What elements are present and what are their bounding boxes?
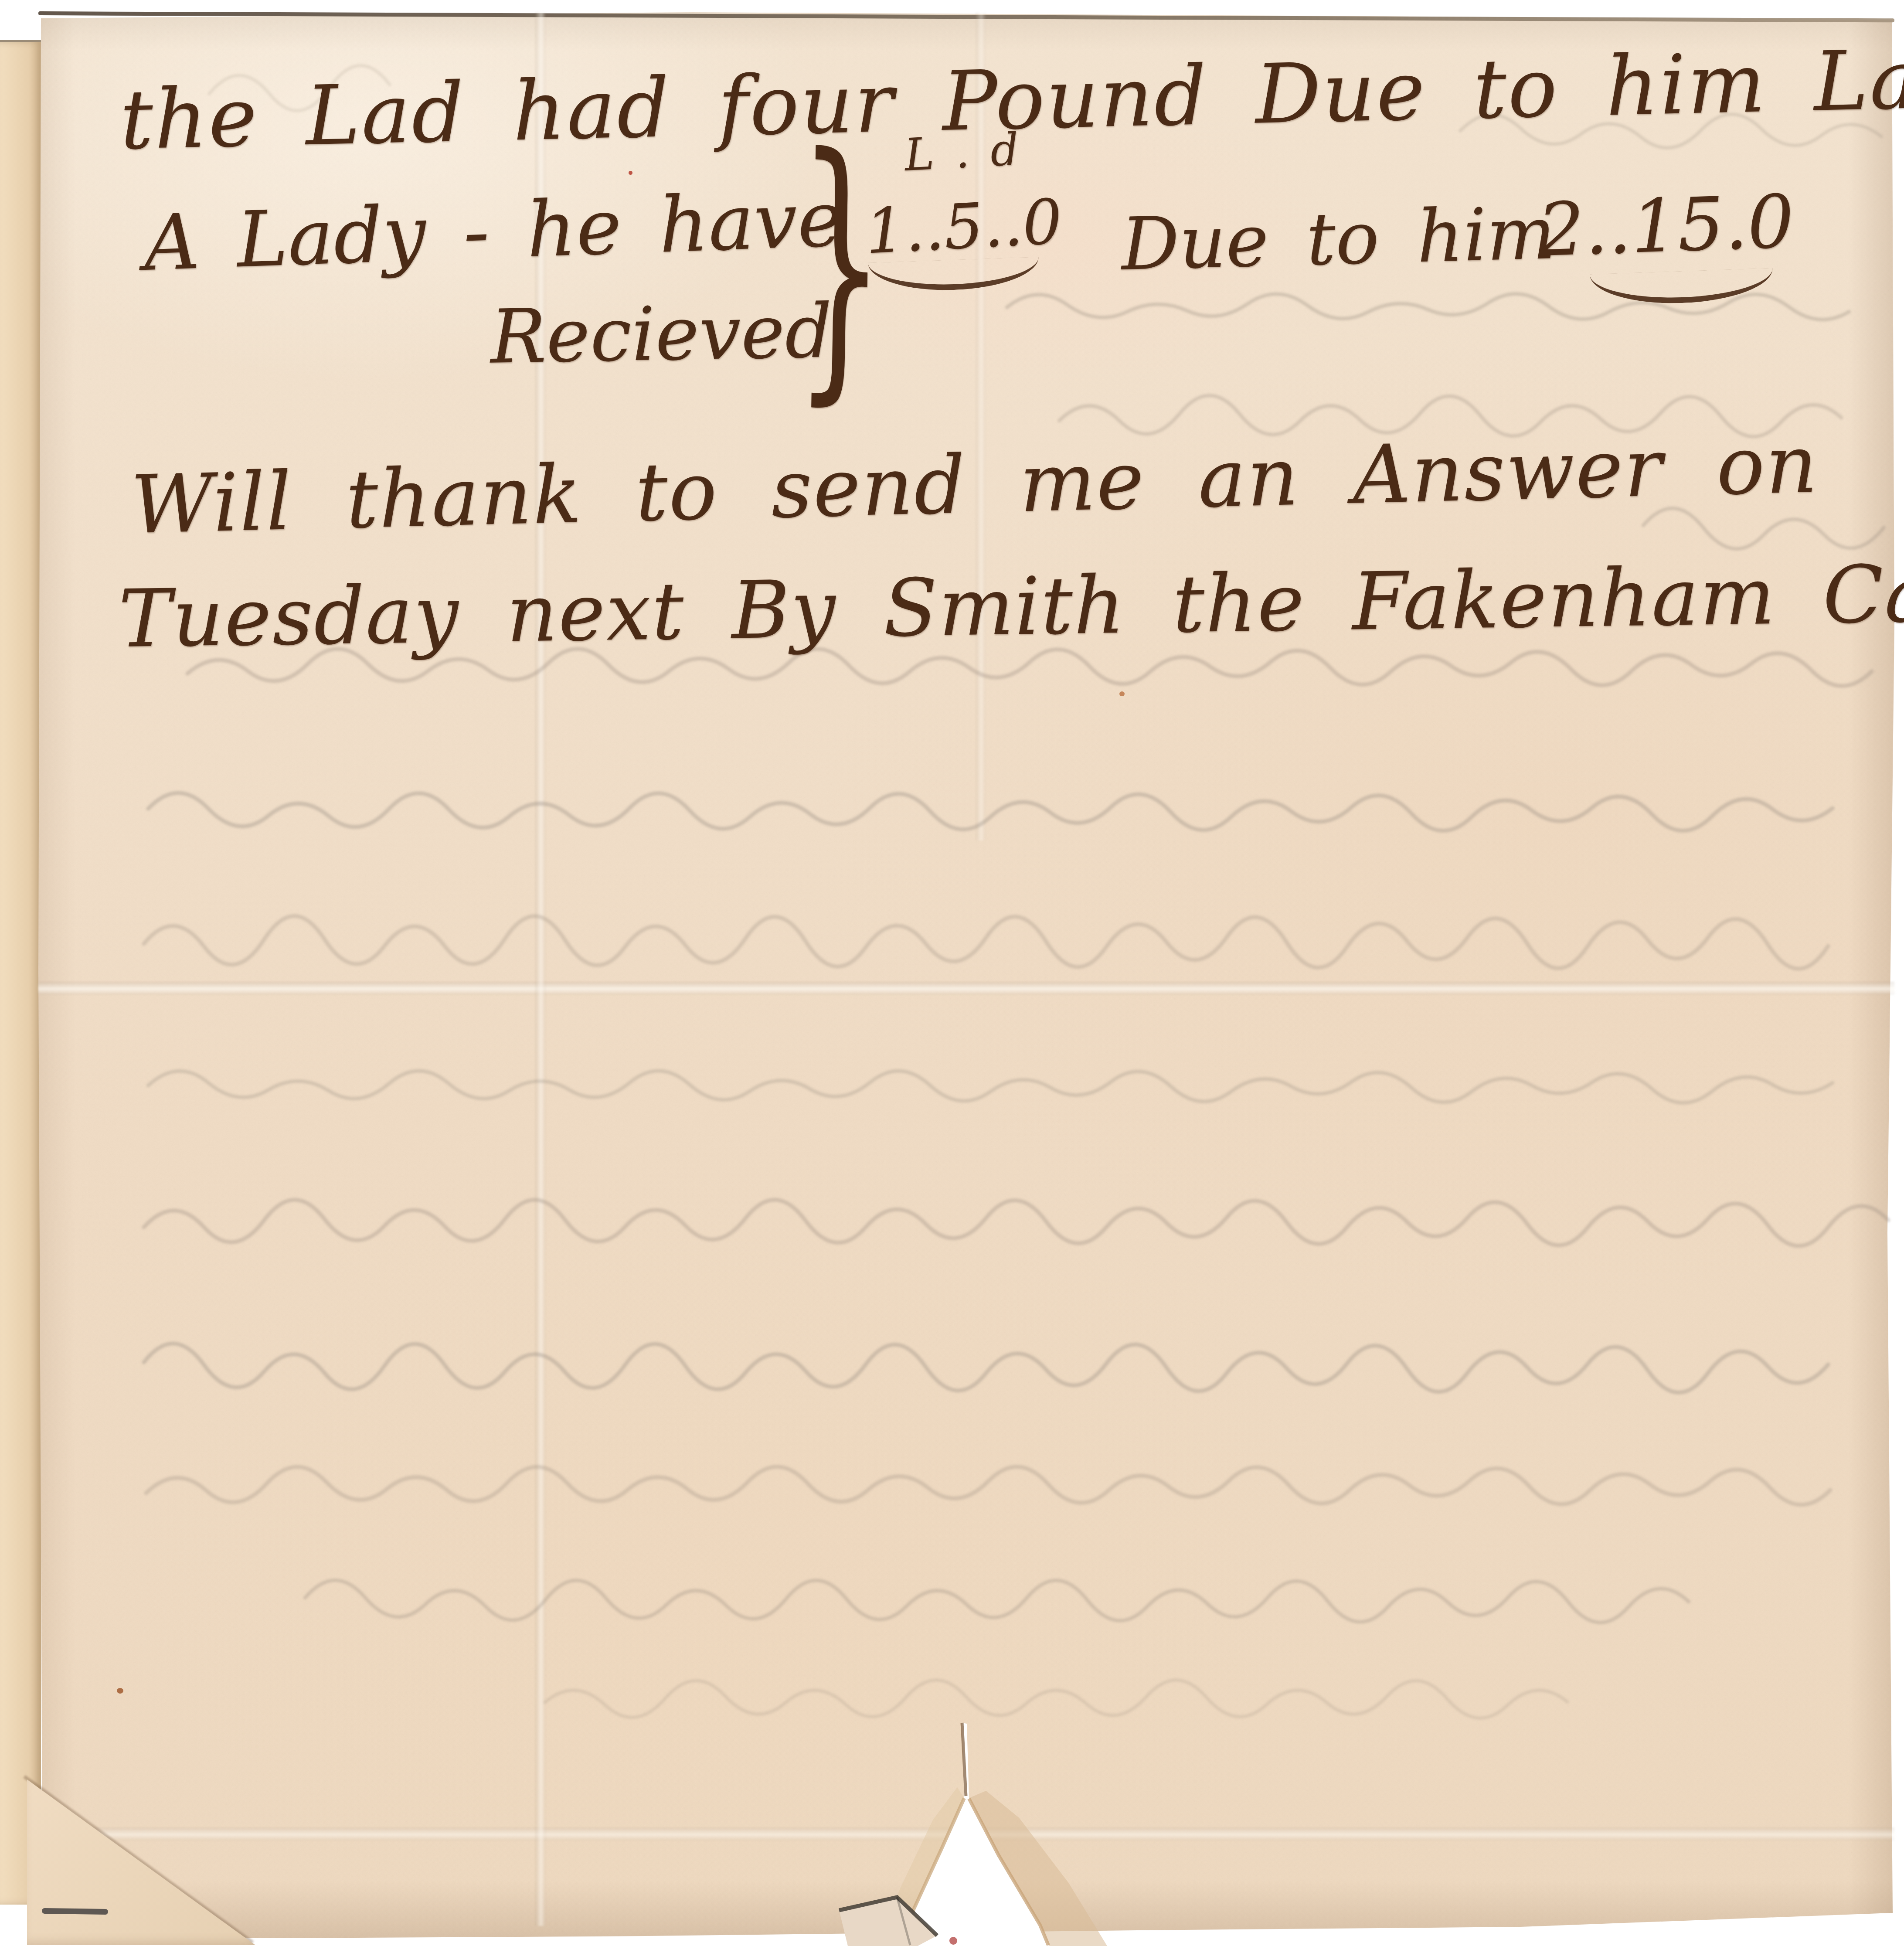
- scanned-letter-page: the Lad had four Pound Due to him Last A…: [0, 0, 1904, 1946]
- dark-dash-mark: [42, 1908, 108, 1915]
- pink-fiber-speck: [949, 1937, 957, 1945]
- orange-speck: [1119, 691, 1125, 696]
- red-ink-speck: [629, 171, 632, 175]
- paper-tear: [0, 0, 1904, 1946]
- rust-speck: [117, 1688, 123, 1694]
